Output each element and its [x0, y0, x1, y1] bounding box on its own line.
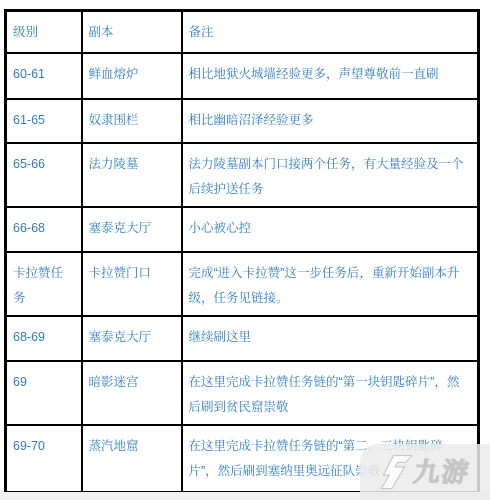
- cell-dungeon: 蒸汽地窟: [82, 425, 182, 493]
- table-row: 卡拉赞任 务 卡拉赞门口 完成“进入卡拉赞”这一步任务后，重新开始副本升 级，任…: [6, 252, 479, 316]
- jiuyou-watermark-inner: 九游: [377, 453, 472, 491]
- cell-dungeon: 奴隶围栏: [82, 99, 182, 143]
- cell-level: 69-70: [6, 425, 82, 493]
- cell-dungeon: 塞泰克大厅: [82, 207, 182, 252]
- cell-level: 68-69: [6, 316, 82, 361]
- col-header-level: 级别: [6, 11, 82, 53]
- page: 级别 副本 备注 60-61 鲜血熔炉 相比地狱火城墙经验更多，声望尊敬前一直刷…: [0, 0, 490, 500]
- cell-dungeon: 暗影迷宫: [82, 361, 182, 425]
- col-header-dungeon: 副本: [82, 11, 182, 53]
- cell-dungeon: 法力陵墓: [82, 143, 182, 207]
- cell-dungeon: 塞泰克大厅: [82, 316, 182, 361]
- cell-note: 在这里完成卡拉赞任务链的“第一块钥匙碎片”，然 后刷到贫民窟崇敬: [182, 361, 479, 425]
- table-row: 65-66 法力陵墓 法力陵墓副本门口接两个任务，有大量经验及一个 后续护送任务: [6, 143, 479, 207]
- table-row: 69 暗影迷宫 在这里完成卡拉赞任务链的“第一块钥匙碎片”，然 后刷到贫民窟崇敬: [6, 361, 479, 425]
- cell-dungeon: 卡拉赞门口: [82, 252, 182, 316]
- cell-dungeon: 鲜血熔炉: [82, 53, 182, 99]
- cell-level: 66-68: [6, 207, 82, 252]
- table-row: 68-69 塞泰克大厅 继续刷这里: [6, 316, 479, 361]
- col-header-note: 备注: [182, 11, 479, 53]
- dungeon-level-table: 级别 副本 备注 60-61 鲜血熔炉 相比地狱火城墙经验更多，声望尊敬前一直刷…: [4, 9, 480, 494]
- cell-level: 61-65: [6, 99, 82, 143]
- watermark-logo-text: 九游: [412, 459, 472, 485]
- cell-note: 法力陵墓副本门口接两个任务，有大量经验及一个 后续护送任务: [182, 143, 479, 207]
- cell-note: 相比幽暗沼泽经验更多: [182, 99, 479, 143]
- jiuyou-logo-icon: [377, 453, 412, 491]
- header-row: 级别 副本 备注: [6, 11, 479, 53]
- table-row: 60-61 鲜血熔炉 相比地狱火城墙经验更多，声望尊敬前一直刷: [6, 53, 479, 99]
- cell-note: 完成“进入卡拉赞”这一步任务后，重新开始副本升 级，任务见链接。: [182, 252, 479, 316]
- cell-level: 卡拉赞任 务: [6, 252, 82, 316]
- jiuyou-watermark: 九游: [360, 444, 490, 500]
- cell-level: 65-66: [6, 143, 82, 207]
- cell-note: 小心被心控: [182, 207, 479, 252]
- cell-note: 相比地狱火城墙经验更多，声望尊敬前一直刷: [182, 53, 479, 99]
- cell-note: 继续刷这里: [182, 316, 479, 361]
- cell-level: 69: [6, 361, 82, 425]
- cell-level: 60-61: [6, 53, 82, 99]
- table-row: 61-65 奴隶围栏 相比幽暗沼泽经验更多: [6, 99, 479, 143]
- table-row: 66-68 塞泰克大厅 小心被心控: [6, 207, 479, 252]
